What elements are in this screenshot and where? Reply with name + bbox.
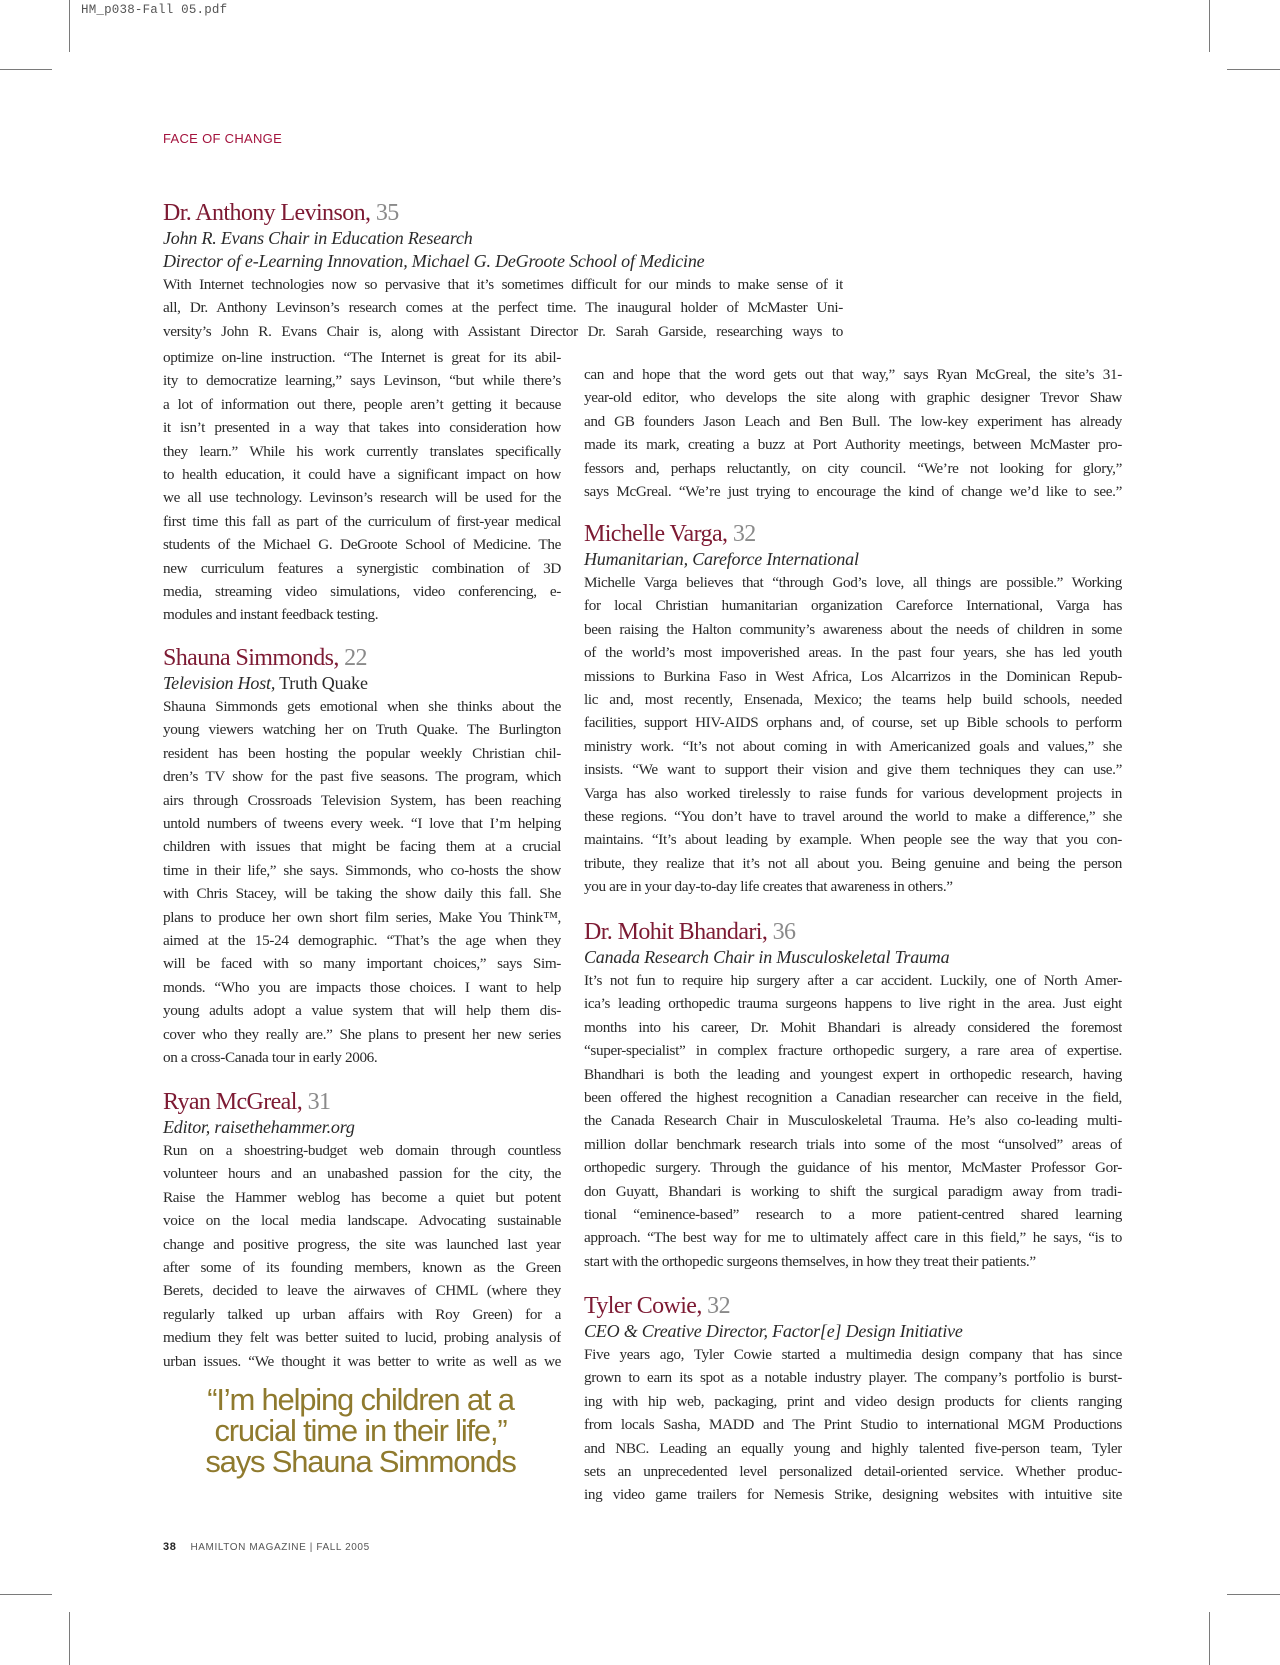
profile-title: John R. Evans Chair in Education Researc… xyxy=(163,227,823,250)
profile-age: 32 xyxy=(733,521,756,547)
file-label: HM_p038-Fall 05.pdf xyxy=(81,3,227,17)
profile-varga: Michelle Varga, 32 Humanitarian, Carefor… xyxy=(584,520,1122,899)
profile-name: Dr. Mohit Bhandari, 36 xyxy=(584,918,1122,946)
crop-mark xyxy=(1209,0,1210,52)
profile-age: 32 xyxy=(707,1293,730,1319)
profile-body-continued: can and hope that the word gets out that… xyxy=(584,363,1122,503)
profile-age: 36 xyxy=(773,919,796,945)
profile-body: optimize on-line instruction. “The Inter… xyxy=(163,346,561,627)
profile-body: Shauna Simmonds gets emotional when she … xyxy=(163,695,561,1070)
profile-name: Tyler Cowie, 32 xyxy=(584,1292,1122,1320)
profile-age: 22 xyxy=(344,645,367,671)
profile-title: Editor, raisethehammer.org xyxy=(163,1116,561,1139)
profile-name: Shauna Simmonds, 22 xyxy=(163,644,561,672)
profile-body: It’s not fun to require hip surgery afte… xyxy=(584,969,1122,1273)
profile-mcgreal: Ryan McGreal, 31 Editor, raisethehammer.… xyxy=(163,1088,561,1373)
crop-mark xyxy=(1227,69,1280,70)
profile-age: 31 xyxy=(308,1089,331,1115)
profile-body: Run on a shoestring-budget web domain th… xyxy=(163,1139,561,1373)
profile-body: Michelle Varga believes that “through Go… xyxy=(584,571,1122,899)
profile-title: Humanitarian, Careforce International xyxy=(584,548,1122,571)
crop-mark xyxy=(69,0,70,52)
profile-title: Television Host, Truth Quake xyxy=(163,672,561,695)
profile-bhandari: Dr. Mohit Bhandari, 36 Canada Research C… xyxy=(584,918,1122,1273)
page-number: 38 xyxy=(163,1541,176,1553)
crop-mark xyxy=(0,1594,52,1595)
profile-levinson: Dr. Anthony Levinson, 35 John R. Evans C… xyxy=(163,199,823,343)
profile-name: Dr. Anthony Levinson, 35 xyxy=(163,199,823,227)
profile-body: Five years ago, Tyler Cowie started a mu… xyxy=(584,1343,1122,1507)
profile-title: Canada Research Chair in Musculoskeletal… xyxy=(584,946,1122,969)
profile-name: Ryan McGreal, 31 xyxy=(163,1088,561,1116)
page-footer: 38HAMILTON MAGAZINE | FALL 2005 xyxy=(163,1541,370,1553)
crop-mark xyxy=(69,1612,70,1665)
profile-cowie: Tyler Cowie, 32 CEO & Creative Director,… xyxy=(584,1292,1122,1507)
profile-title: Director of e-Learning Innovation, Micha… xyxy=(163,250,823,273)
publication-info: HAMILTON MAGAZINE | FALL 2005 xyxy=(190,1542,369,1553)
crop-mark xyxy=(0,69,52,70)
profile-name: Michelle Varga, 32 xyxy=(584,520,1122,548)
profile-simmonds: Shauna Simmonds, 22 Television Host, Tru… xyxy=(163,644,561,1070)
profile-title: CEO & Creative Director, Factor[e] Desig… xyxy=(584,1320,1122,1343)
profile-age: 35 xyxy=(376,200,399,226)
profile-body-wide: With Internet technologies now so pervas… xyxy=(163,273,843,343)
section-label: FACE OF CHANGE xyxy=(163,131,282,146)
pull-quote: “I’m helping children at a crucial time … xyxy=(158,1384,563,1477)
crop-mark xyxy=(1209,1612,1210,1665)
crop-mark xyxy=(1227,1594,1280,1595)
